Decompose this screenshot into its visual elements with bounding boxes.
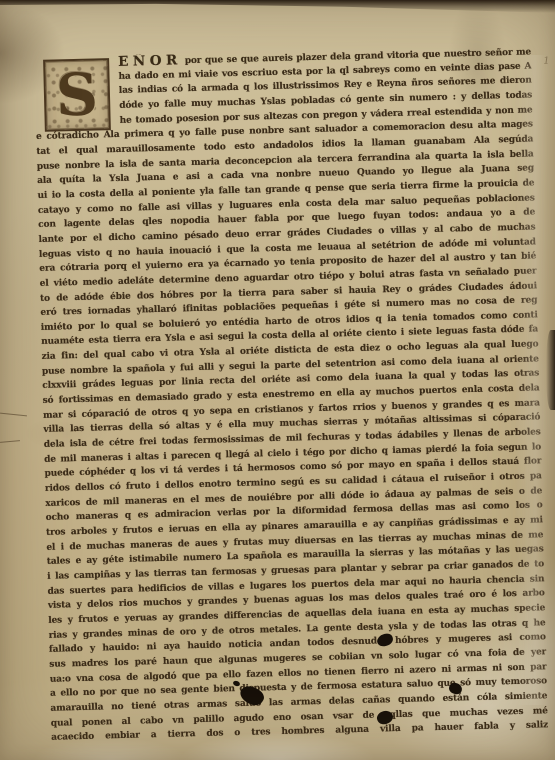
page-edge-notch xyxy=(546,330,555,410)
drop-cap-letter: S xyxy=(55,65,98,124)
text-lines: EÑORpor que se que aureis plazer dela gr… xyxy=(34,44,548,745)
handwritten-margin-mark: 1 xyxy=(542,56,552,69)
opening-caps: EÑOR xyxy=(118,52,182,69)
paper-crease xyxy=(0,440,20,443)
parchment-page: S EÑORpor que se que aureis plazer dela … xyxy=(0,0,555,760)
photo-top-edge xyxy=(0,0,555,13)
letter-text-block: S EÑORpor que se que aureis plazer dela … xyxy=(34,44,548,745)
paper-crease xyxy=(0,413,27,417)
initial-drop-cap-woodcut: S xyxy=(43,58,111,132)
